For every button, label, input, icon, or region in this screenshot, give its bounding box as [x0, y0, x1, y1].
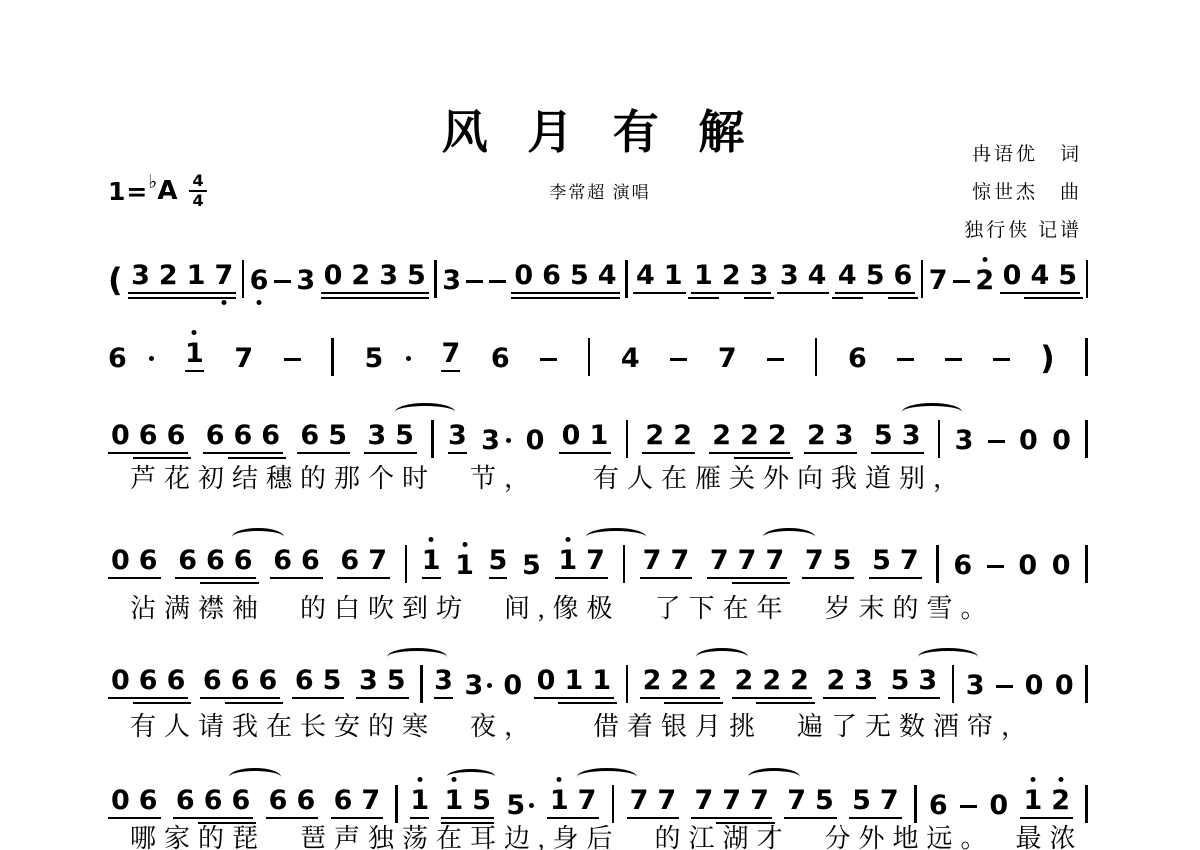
note: 3 — [481, 427, 500, 454]
note: 0 — [503, 672, 522, 699]
barline — [625, 260, 628, 298]
beamed-note-group: 222 — [640, 667, 720, 699]
note: 2 — [762, 667, 781, 694]
note: 3 — [448, 422, 467, 454]
music-line-2: 617576476) — [108, 336, 1088, 372]
barline — [588, 338, 591, 376]
augmentation-dot — [506, 438, 511, 443]
duration-dash — [987, 565, 1004, 569]
beamed-note-group: 123 — [691, 262, 771, 294]
tie-arc — [748, 768, 800, 786]
note: 7 — [578, 787, 597, 814]
barline — [626, 420, 629, 458]
note: 5 — [1058, 262, 1077, 289]
duration-dash — [489, 280, 506, 284]
note: 1 — [455, 552, 474, 579]
credit-lyricist: 冉语优 词 — [964, 136, 1082, 174]
note: 5 — [489, 547, 508, 579]
note: 7 — [368, 547, 387, 574]
barline — [952, 665, 955, 703]
note: 1 — [694, 262, 713, 289]
note: 5 — [852, 787, 871, 814]
note: 1 — [589, 422, 608, 449]
barline — [815, 338, 818, 376]
key-letter: A — [157, 176, 177, 206]
note: 6 — [167, 422, 186, 449]
note: 0 — [111, 422, 130, 449]
note: 3 — [442, 267, 461, 294]
note: 0 — [1019, 427, 1038, 454]
note: 7 — [710, 547, 729, 574]
duration-dash — [988, 440, 1005, 444]
augmentation-dot — [487, 683, 492, 688]
beamed-note-group: 666 — [175, 547, 255, 579]
note: 6 — [250, 267, 269, 294]
lyric-line-1: 芦花初结穗的那个时 节， 有人在雁关外向我道别， — [130, 458, 1140, 495]
note: 2 — [975, 267, 994, 294]
note: 6 — [139, 787, 158, 814]
duration-dash — [466, 280, 483, 284]
note: 6 — [929, 792, 948, 819]
beamed-note-group: 77 — [627, 787, 680, 819]
sheet-music-page: 风 月 有 解 李常超 演唱 1=♭A 4 4 冉语优 词 惊世杰 曲 独行侠 … — [0, 0, 1200, 850]
note: 0 — [111, 667, 130, 694]
note: 6 — [232, 787, 251, 814]
beamed-note-group: 65 — [297, 422, 350, 454]
tie-arc — [918, 648, 978, 666]
beamed-note-group: 011 — [534, 667, 614, 699]
note: 2 — [712, 422, 731, 449]
note: 6 — [139, 422, 158, 449]
note: 6 — [167, 667, 186, 694]
barline — [434, 260, 437, 298]
note: 6 — [542, 262, 561, 289]
note: 1 — [185, 340, 204, 372]
barline — [1085, 665, 1088, 703]
beamed-note-group: 066 — [108, 667, 188, 699]
beamed-note-group: 65 — [292, 667, 345, 699]
note: 6 — [301, 547, 320, 574]
note: 5 — [874, 422, 893, 449]
note: 2 — [698, 667, 717, 694]
note: 4 — [808, 262, 827, 289]
note: 5 — [323, 667, 342, 694]
beamed-note-group: 777 — [707, 547, 787, 579]
beamed-note-group: 666 — [203, 422, 283, 454]
beamed-note-group: 222 — [732, 667, 812, 699]
music-line-6: 0666666671155177777775576012 — [108, 783, 1088, 819]
key-signature: 1=♭A 4 4 — [108, 172, 207, 210]
tie-arc — [229, 768, 281, 786]
note: 2 — [740, 422, 759, 449]
beamed-note-group: 66 — [270, 547, 323, 579]
beamed-note-group: 666 — [173, 787, 253, 819]
note: 3 — [835, 422, 854, 449]
note: 5 — [815, 787, 834, 814]
note: 3 — [955, 427, 974, 454]
barline — [1085, 420, 1088, 458]
note: 3 — [464, 672, 483, 699]
note: 2 — [735, 667, 754, 694]
duration-dash — [897, 358, 914, 362]
note: 7 — [234, 345, 253, 372]
note: 2 — [159, 262, 178, 289]
note: 6 — [234, 422, 253, 449]
beamed-note-group: 41 — [633, 262, 686, 294]
note: 7 — [880, 787, 899, 814]
note: 6 — [340, 547, 359, 574]
beamed-note-group: 06 — [108, 787, 161, 819]
note: 6 — [139, 667, 158, 694]
beamed-note-group: 01 — [559, 422, 612, 454]
beamed-note-group: 12 — [1020, 787, 1073, 819]
barline — [1085, 338, 1088, 376]
barline — [405, 545, 408, 583]
note: 6 — [204, 787, 223, 814]
augmentation-dot — [406, 356, 411, 361]
note: 5 — [872, 547, 891, 574]
note: 6 — [273, 547, 292, 574]
note: 2 — [643, 667, 662, 694]
beamed-note-group: 57 — [869, 547, 922, 579]
note: 0 — [324, 262, 343, 289]
note: 0 — [989, 792, 1008, 819]
duration-dash — [540, 358, 557, 362]
note: 1 — [550, 787, 569, 814]
tie-arc — [447, 769, 495, 784]
barline — [1086, 260, 1089, 298]
note: 6 — [231, 667, 250, 694]
note: 1 — [410, 787, 429, 819]
note: 6 — [176, 787, 195, 814]
note: 6 — [259, 667, 278, 694]
note: 3 — [750, 262, 769, 289]
time-signature: 4 4 — [189, 172, 206, 210]
note: 6 — [203, 667, 222, 694]
duration-dash — [945, 358, 962, 362]
barline — [921, 260, 924, 298]
duration-dash — [670, 358, 687, 362]
note: 1 — [422, 547, 441, 579]
note: 7 — [441, 340, 460, 372]
note: 7 — [722, 787, 741, 814]
note: 7 — [929, 267, 948, 294]
duration-dash — [996, 685, 1013, 689]
augmentation-dot — [529, 803, 534, 808]
note: 6 — [178, 547, 197, 574]
beamed-note-group: 17 — [547, 787, 600, 819]
note: 6 — [848, 345, 867, 372]
augmentation-dot — [149, 356, 154, 361]
duration-dash — [953, 280, 970, 284]
beamed-note-group: 66 — [266, 787, 319, 819]
note: 7 — [805, 547, 824, 574]
note: 3 — [379, 262, 398, 289]
note: 5 — [407, 262, 426, 289]
beamed-note-group: 35 — [356, 667, 409, 699]
note: 2 — [768, 422, 787, 449]
barline — [420, 665, 423, 703]
note: 1 — [664, 262, 683, 289]
note: 6 — [269, 787, 288, 814]
note: 7 — [670, 547, 689, 574]
beamed-note-group: 23 — [823, 667, 876, 699]
note: 5 — [328, 422, 347, 449]
note: 2 — [351, 262, 370, 289]
note: 6 — [139, 547, 158, 574]
note: 7 — [630, 787, 649, 814]
note: 6 — [295, 667, 314, 694]
note: 4 — [1030, 262, 1049, 289]
note: 6 — [953, 552, 972, 579]
beamed-note-group: 456 — [835, 262, 915, 294]
beamed-note-group: 066 — [108, 422, 188, 454]
beamed-note-group: 0235 — [321, 262, 429, 294]
beamed-note-group: 666 — [200, 667, 280, 699]
barline — [1085, 545, 1088, 583]
tie-arc — [395, 403, 455, 421]
beamed-note-group: 777 — [691, 787, 771, 819]
lyric-line-4: 哪家的琵 琶声独荡在耳边,身后 的江湖才 分外地远。 最浓 — [130, 818, 1140, 850]
note: 6 — [261, 422, 280, 449]
beamed-note-group: 57 — [849, 787, 902, 819]
beamed-note-group: 045 — [1000, 262, 1080, 294]
tie-arc — [586, 528, 646, 546]
tie-arc — [232, 528, 284, 546]
beamed-note-group: 15 — [441, 787, 494, 819]
duration-dash — [274, 280, 291, 284]
note: 0 — [1003, 262, 1022, 289]
note: 7 — [765, 547, 784, 574]
note: 0 — [514, 262, 533, 289]
note: 5 — [891, 667, 910, 694]
tie-arc — [696, 648, 748, 666]
music-line-4: 066666667115517777777557600 — [108, 543, 1088, 579]
note: 6 — [206, 422, 225, 449]
duration-dash — [284, 358, 301, 362]
lyric-line-3: 有人请我在长安的寒 夜， 借着银月挑 遍了无数酒帘， — [130, 706, 1140, 743]
beamed-note-group: 222 — [709, 422, 789, 454]
note: 5 — [866, 262, 885, 289]
music-line-3: 066666653533001222222353300 — [108, 418, 1088, 454]
meter-denominator: 4 — [189, 192, 206, 210]
note: 2 — [722, 262, 741, 289]
barline — [623, 545, 626, 583]
parenthesis: ( — [108, 264, 123, 296]
barline — [626, 665, 629, 703]
note: 5 — [833, 547, 852, 574]
music-line-5: 06666665353300112222222353300 — [108, 663, 1088, 699]
note: 2 — [673, 422, 692, 449]
note: 0 — [111, 787, 130, 814]
credits-block: 冉语优 词 惊世杰 曲 独行侠 记谱 — [964, 136, 1082, 250]
note: 3 — [902, 422, 921, 449]
note: 6 — [894, 262, 913, 289]
beamed-note-group: 3217 — [128, 262, 236, 294]
lyric-line-2: 沾满襟袖 的白吹到坊 间,像极 了下在年 岁末的雪。 — [130, 588, 1140, 625]
note: 7 — [657, 787, 676, 814]
beamed-note-group: 67 — [331, 787, 384, 819]
barline — [242, 260, 245, 298]
note: 2 — [790, 667, 809, 694]
flat-sign: ♭ — [148, 171, 157, 193]
parenthesis: ) — [1040, 342, 1055, 374]
note: 7 — [694, 787, 713, 814]
duration-dash — [767, 358, 784, 362]
note: 7 — [214, 262, 233, 289]
note: 3 — [131, 262, 150, 289]
barline — [936, 545, 939, 583]
note: 4 — [598, 262, 617, 289]
note: 3 — [918, 667, 937, 694]
duration-dash — [960, 805, 977, 809]
note: 3 — [359, 667, 378, 694]
note: 1 — [558, 547, 577, 574]
beamed-note-group: 67 — [337, 547, 390, 579]
beamed-note-group: 35 — [364, 422, 417, 454]
note: 0 — [562, 422, 581, 449]
credit-composer: 惊世杰 曲 — [964, 174, 1082, 212]
note: 4 — [621, 345, 640, 372]
note: 0 — [1018, 552, 1037, 579]
beamed-note-group: 75 — [802, 547, 855, 579]
beamed-note-group: 34 — [777, 262, 830, 294]
barline — [431, 420, 434, 458]
beamed-note-group: 0654 — [511, 262, 619, 294]
note: 6 — [108, 345, 127, 372]
note: 7 — [750, 787, 769, 814]
note: 7 — [787, 787, 806, 814]
note: 1 — [1023, 787, 1042, 814]
note: 1 — [187, 262, 206, 289]
note: 7 — [586, 547, 605, 574]
note: 0 — [526, 427, 545, 454]
note: 1 — [444, 787, 463, 814]
note: 6 — [491, 345, 510, 372]
note: 7 — [900, 547, 919, 574]
note: 6 — [296, 787, 315, 814]
note: 6 — [300, 422, 319, 449]
note: 0 — [1052, 427, 1071, 454]
beamed-note-group: 23 — [804, 422, 857, 454]
tie-arc — [577, 768, 637, 786]
note: 3 — [367, 422, 386, 449]
note: 6 — [234, 547, 253, 574]
note: 6 — [334, 787, 353, 814]
note: 7 — [738, 547, 757, 574]
note: 5 — [364, 345, 383, 372]
note: 0 — [1025, 672, 1044, 699]
beamed-note-group: 22 — [642, 422, 695, 454]
note: 5 — [522, 552, 541, 579]
note: 5 — [395, 422, 414, 449]
note: 3 — [434, 667, 453, 699]
note: 1 — [564, 667, 583, 694]
beamed-note-group: 53 — [888, 667, 941, 699]
beamed-note-group: 53 — [871, 422, 924, 454]
note: 0 — [1052, 552, 1071, 579]
credit-transcriber: 独行侠 记谱 — [964, 212, 1082, 250]
note: 4 — [636, 262, 655, 289]
note: 5 — [506, 792, 525, 819]
note: 5 — [570, 262, 589, 289]
note: 2 — [670, 667, 689, 694]
beamed-note-group: 77 — [640, 547, 693, 579]
tie-arc — [902, 403, 962, 421]
note: 0 — [537, 667, 556, 694]
barline — [331, 338, 334, 376]
note: 2 — [826, 667, 845, 694]
meter-numerator: 4 — [189, 172, 206, 192]
tie-arc — [763, 528, 815, 546]
tie-arc — [387, 648, 447, 666]
duration-dash — [993, 358, 1010, 362]
note: 5 — [387, 667, 406, 694]
key-prefix: 1= — [108, 177, 148, 206]
note: 7 — [643, 547, 662, 574]
note: 1 — [592, 667, 611, 694]
note: 7 — [718, 345, 737, 372]
note: 3 — [854, 667, 873, 694]
note: 2 — [645, 422, 664, 449]
note: 0 — [1055, 672, 1074, 699]
note: 5 — [472, 787, 491, 814]
note: 4 — [838, 262, 857, 289]
note: 3 — [966, 672, 985, 699]
note: 6 — [206, 547, 225, 574]
beamed-note-group: 06 — [108, 547, 161, 579]
note: 7 — [361, 787, 380, 814]
note: 2 — [807, 422, 826, 449]
note: 3 — [296, 267, 315, 294]
beamed-note-group: 75 — [784, 787, 837, 819]
note: 3 — [780, 262, 799, 289]
note: 0 — [111, 547, 130, 574]
beamed-note-group: 17 — [555, 547, 608, 579]
barline — [938, 420, 941, 458]
music-line-1: (321763023530654411233445672045 — [108, 258, 1088, 294]
note: 2 — [1051, 787, 1070, 814]
